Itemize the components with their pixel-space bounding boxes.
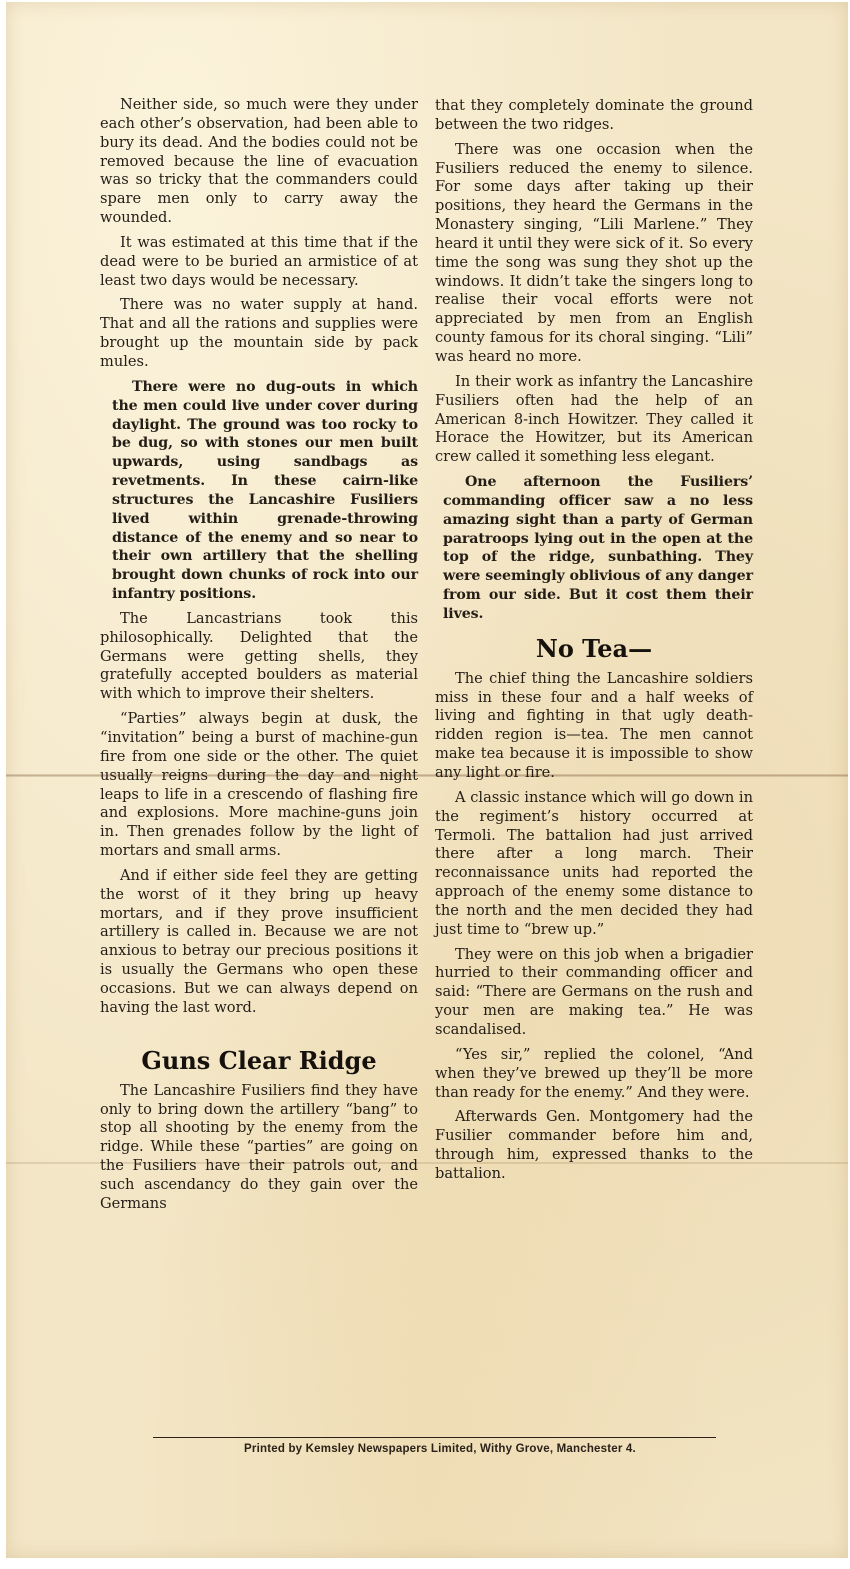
paragraph: In their work as infantry the Lancashire… [435,373,753,467]
paragraph: that they completely dominate the ground… [435,97,753,135]
printer-imprint: Printed by Kemsley Newspapers Limited, W… [150,1443,730,1455]
paragraph: A classic instance which will go down in… [435,789,753,940]
right-column: that they completely dominate the ground… [435,97,753,1190]
paragraph: Neither side, so much were they under ea… [100,96,418,228]
paragraph: “Parties” always begin at dusk, the “inv… [100,710,418,861]
paragraph: “Yes sir,” replied the colonel, “And whe… [435,1046,753,1103]
paragraph: There was no water supply at hand. That … [100,296,418,371]
left-column: Neither side, so much were they under ea… [100,96,418,1220]
paragraph: The Lancastrians took this philosophical… [100,610,418,704]
paragraph: The chief thing the Lancashire soldiers … [435,670,753,783]
paragraph: Afterwards Gen. Montgomery had the Fusil… [435,1108,753,1183]
paragraph: They were on this job when a brigadier h… [435,946,753,1040]
paragraph: And if either side feel they are getting… [100,867,418,1018]
bold-paragraph: One afternoon the Fusiliers’ commanding … [435,473,753,624]
paragraph: The Lancashire Fusiliers find they have … [100,1082,418,1214]
paragraph: There was one occasion when the Fusilier… [435,141,753,367]
paragraph: It was estimated at this time that if th… [100,234,418,291]
section-heading: No Tea— [435,634,753,664]
section-heading: Guns Clear Ridge [100,1046,418,1076]
footer-rule [153,1437,716,1438]
bold-paragraph: There were no dug-outs in which the men … [112,378,418,604]
